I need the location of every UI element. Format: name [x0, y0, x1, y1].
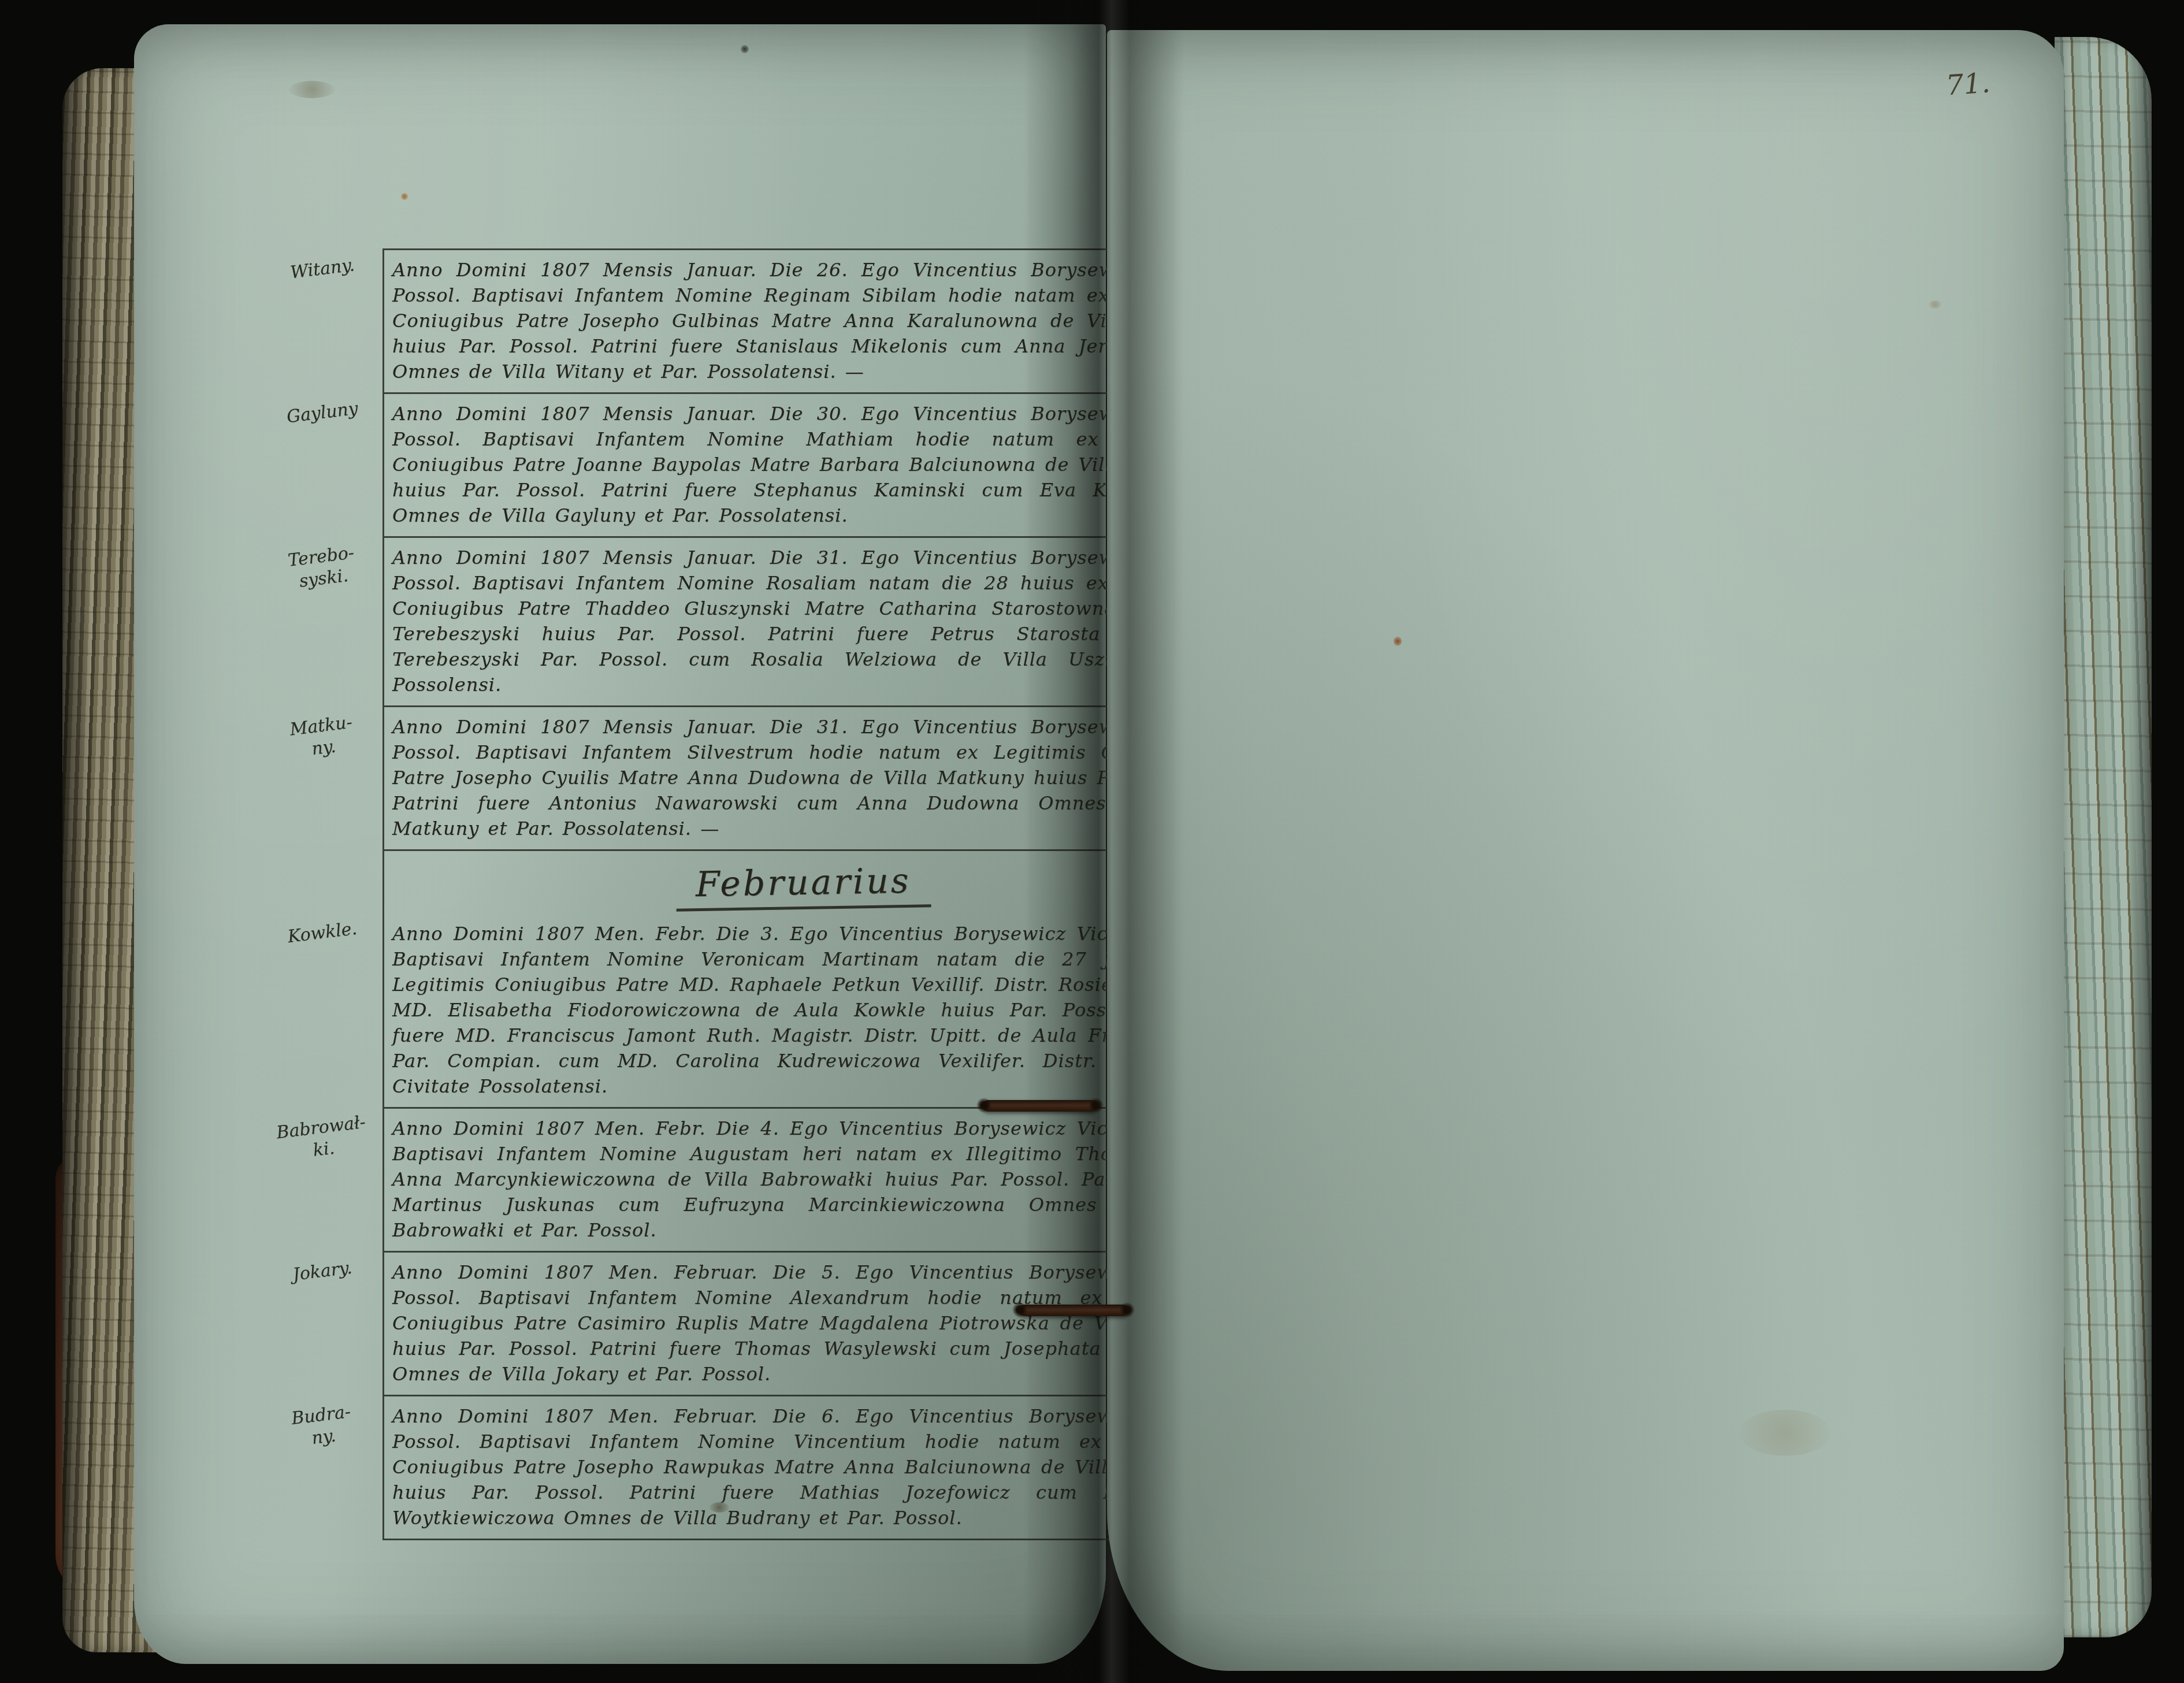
left-page: Witany.Anno Domini 1807 Mensis Januar. D… [134, 24, 1106, 1664]
baptism-entry: Jokary.Anno Domini 1807 Men. Februar. Di… [384, 1253, 1222, 1396]
entry-text: Anno Domini 1807 Mensis Januar. Die 31. … [392, 714, 1213, 841]
margin-village-label: Babrował- ki. [268, 1110, 377, 1167]
entry-text: Anno Domini 1807 Men. Februar. Die 6. Eg… [392, 1403, 1213, 1530]
left-page-entries: Witany.Anno Domini 1807 Mensis Januar. D… [382, 248, 1224, 1540]
baptism-entry: Terebo- syski.Anno Domini 1807 Mensis Ja… [384, 538, 1222, 707]
page-number: 71. [1945, 66, 1991, 102]
margin-village-label: Budra- ny. [268, 1398, 377, 1455]
month-header: Februarius [384, 851, 1222, 914]
entry-text: Anno Domini 1807 Mensis Januar. Die 31. … [392, 545, 1213, 697]
margin-village-label: Terebo- syski. [268, 540, 377, 596]
baptism-entry: Kowkle.Anno Domini 1807 Men. Febr. Die 3… [384, 914, 1222, 1109]
right-page: DeglanyAnno Domini 1807 Men. Februar. Di… [1107, 30, 2064, 1671]
margin-village-label: Matku- ny. [268, 709, 377, 766]
entry-text: Anno Domini 1807 Men. Februar. Die 5. Eg… [392, 1260, 1213, 1387]
margin-village-label: Jokary. [269, 1254, 376, 1289]
entry-text: Anno Domini 1807 Men. Febr. Die 3. Ego V… [392, 921, 1213, 1099]
register-book-photo: Witany.Anno Domini 1807 Mensis Januar. D… [0, 0, 2184, 1683]
entry-text: Anno Domini 1807 Mensis Januar. Die 26. … [392, 257, 1213, 384]
baptism-entry: GaylunyAnno Domini 1807 Mensis Januar. D… [384, 394, 1222, 538]
margin-village-label: Gayluny [269, 396, 376, 430]
baptism-entry: Babrował- ki.Anno Domini 1807 Men. Febr.… [384, 1109, 1222, 1253]
margin-village-label: Witany. [269, 252, 376, 287]
month-header-text: Februarius [675, 860, 931, 912]
entry-text: Anno Domini 1807 Mensis Januar. Die 30. … [392, 401, 1213, 528]
entry-text: Anno Domini 1807 Men. Febr. Die 4. Ego V… [392, 1116, 1213, 1243]
baptism-entry: Matku- ny.Anno Domini 1807 Mensis Januar… [384, 707, 1222, 851]
margin-village-label: Kowkle. [269, 916, 376, 950]
binding-thread [982, 1100, 1098, 1112]
baptism-entry: Witany.Anno Domini 1807 Mensis Januar. D… [384, 250, 1222, 394]
binding-thread [1018, 1305, 1129, 1316]
right-page-edge-stack [2055, 37, 2152, 1637]
baptism-entry: Budra- ny.Anno Domini 1807 Men. Februar.… [384, 1396, 1222, 1539]
